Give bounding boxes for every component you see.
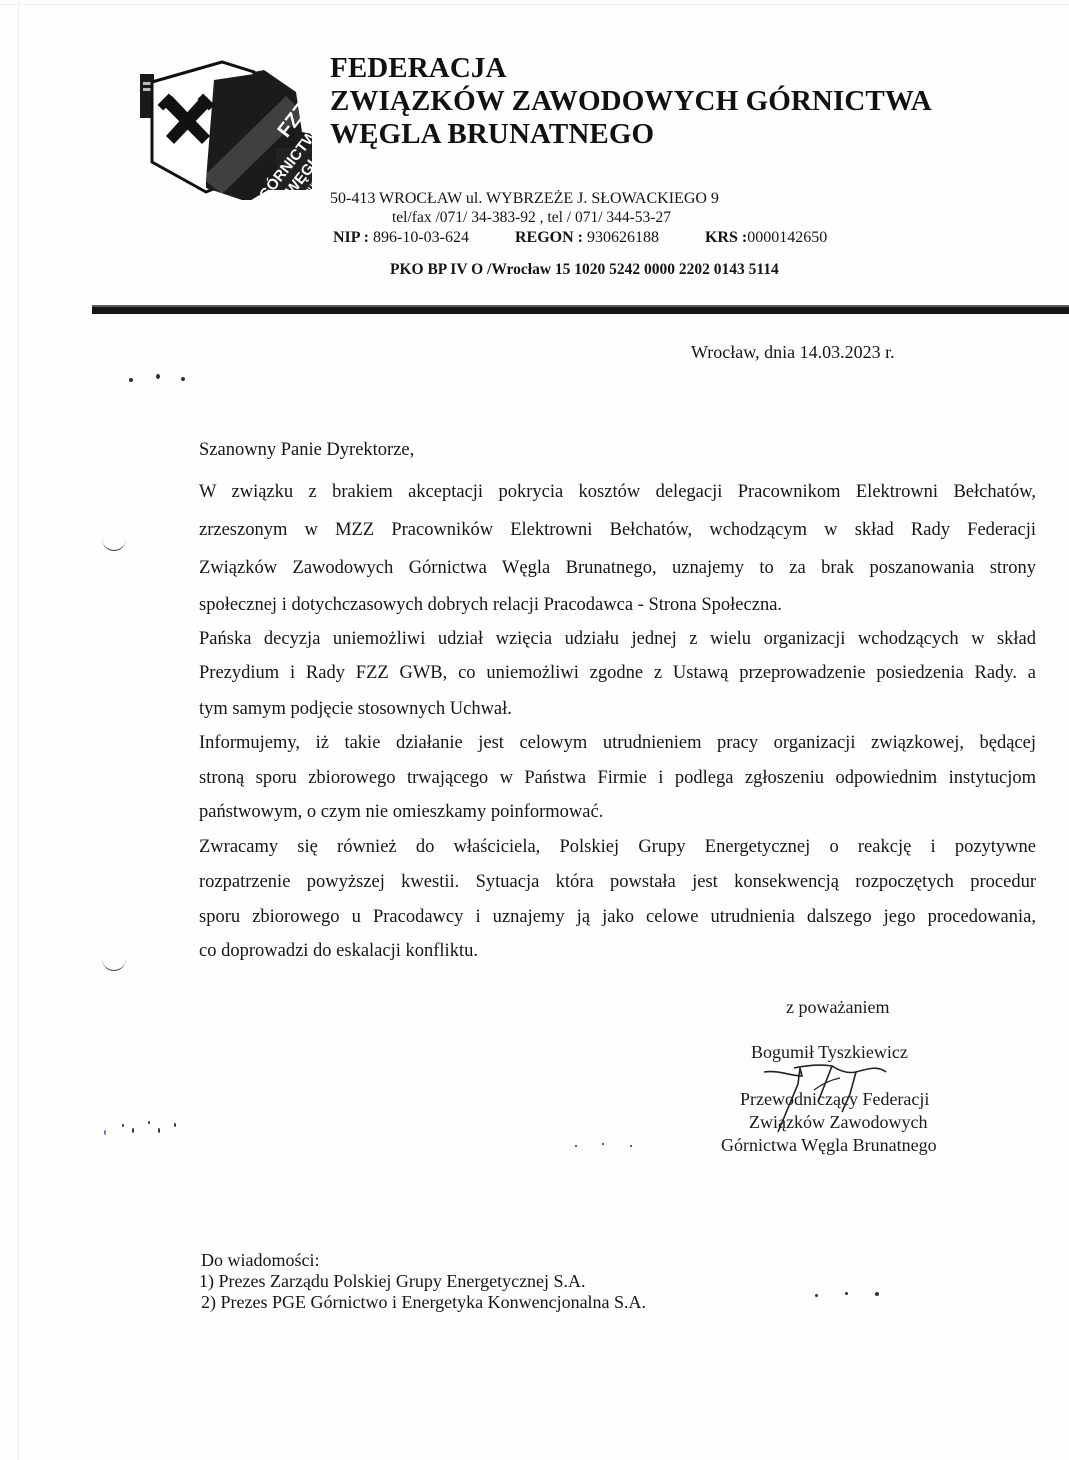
scan-speck [815,1294,818,1297]
org-name-line: ZWIĄZKÓW ZAWODOWYCH GÓRNICTWA [330,85,932,118]
scan-speck [104,1130,106,1135]
signer-title: Górnictwa Węgla Brunatnego [721,1135,937,1156]
body-line: sporu zbiorowego u Pracodawcy i uznajemy… [199,905,1036,929]
body-line: państwowym, o czym nie omieszkamy poinfo… [199,800,1036,824]
punch-hole-mark [102,958,126,971]
signer-title: Związków Zawodowych [749,1112,927,1133]
scan-speck [148,1121,150,1124]
body-line: zrzeszonym w MZZ Pracowników Elektrowni … [199,518,1036,542]
body-line: Pańska decyzja uniemożliwi udział wzięci… [199,627,1036,651]
org-registration-numbers: NIP : 896-10-03-624 REGON : 930626188 KR… [333,229,827,247]
krs-value: 0000142650 [747,229,827,246]
krs-label: KRS : [705,229,747,246]
scan-speck [630,1145,632,1147]
scan-speck [845,1292,848,1295]
scan-speck [156,374,160,379]
regon-value: 930626188 [587,229,659,246]
regon-label: REGON : [515,229,583,246]
scan-edge [0,4,1069,5]
punch-hole-mark [102,538,126,551]
nip-label: NIP : [333,229,369,246]
org-name-line: FEDERACJA [330,52,932,85]
cc-item: 2) Prezes PGE Górnictwo i Energetyka Kon… [201,1292,646,1313]
signer-title: Przewodniczący Federacji [740,1089,929,1110]
letter-page: FZZ GÓRNICTWA WĘGLA BRUNATNEGO FEDERACJA… [0,0,1069,1460]
scan-speck [602,1143,604,1145]
scan-speck [122,1124,124,1127]
org-address: 50-413 WROCŁAW ul. WYBRZEŻE J. SŁOWACKIE… [330,190,719,208]
body-line: Zwracamy się również do właściciela, Pol… [199,835,1036,859]
body-line: W związku z brakiem akceptacji pokrycia … [199,480,1036,504]
closing-regards: z poważaniem [786,997,889,1018]
org-phones: tel/fax /071/ 34-383-92 , tel / 071/ 344… [392,209,671,227]
bank-account: PKO BP IV O /Wrocław 15 1020 5242 0000 2… [390,261,779,279]
fzz-logo: FZZ GÓRNICTWA WĘGLA BRUNATNEGO [136,52,316,200]
cc-item: 1) Prezes Zarządu Polskiej Grupy Energet… [199,1271,586,1292]
organization-name: FEDERACJA ZWIĄZKÓW ZAWODOWYCH GÓRNICTWA … [330,52,932,151]
letterhead-divider [92,305,1069,314]
body-line: stroną sporu zbiorowego trwającego w Pań… [199,766,1036,790]
salutation: Szanowny Panie Dyrektorze, [199,440,1036,461]
scan-speck [158,1128,160,1133]
body-line: Informujemy, iż takie działanie jest cel… [199,731,1036,755]
scan-edge [18,0,19,1460]
cc-title: Do wiadomości: [201,1250,320,1271]
body-line: Prezydium i Rady FZZ GWB, co uniemożliwi… [199,661,1036,685]
scan-speck [129,378,133,382]
scan-speck [174,1123,176,1127]
letter-date: Wrocław, dnia 14.03.2023 r. [691,342,895,363]
nip-value: 896-10-03-624 [373,229,469,246]
scan-speck [181,377,185,381]
scan-speck [575,1145,577,1147]
org-name-line: WĘGLA BRUNATNEGO [330,118,932,151]
body-line: co doprowadzi do eskalacji konfliktu. [199,939,1036,963]
scan-speck [875,1292,879,1296]
body-line: rozpatrzenie powyższej kwestii. Sytuacja… [199,870,1036,894]
body-line: społecznej i dotychczasowych dobrych rel… [199,593,1036,617]
body-line: tym samym podjęcie stosownych Uchwał. [199,697,1036,721]
scan-speck [132,1128,134,1133]
body-line: Związków Zawodowych Górnictwa Węgla Brun… [199,556,1036,580]
